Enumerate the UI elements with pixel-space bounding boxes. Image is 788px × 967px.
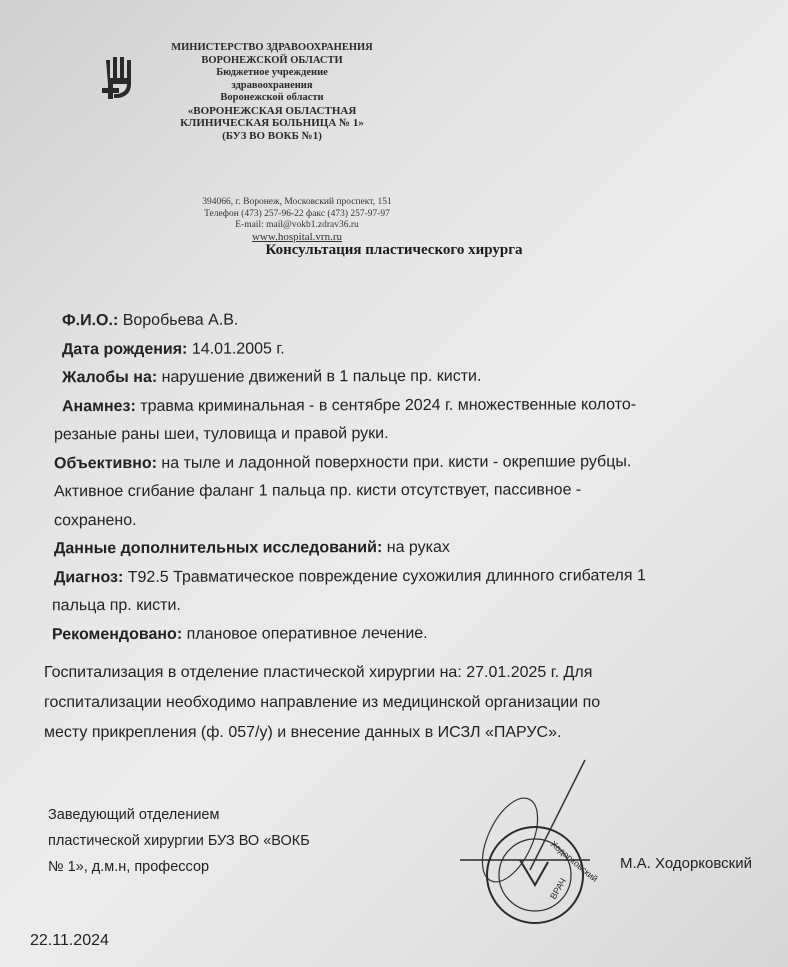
letterhead-line: здравоохранения xyxy=(152,80,392,93)
email: E-mail: mail@vokb1.zdrav36.ru xyxy=(182,220,412,232)
letterhead-text: МИНИСТЕРСТВО ЗДРАВООХРАНЕНИЯ ВОРОНЕЖСКОЙ… xyxy=(152,42,392,142)
document-title: Консультация пластического хирурга xyxy=(0,242,788,259)
field-diagnosis-cont: пальца пр. кисти. xyxy=(52,590,762,621)
field-anamnesis-cont: резаные раны шеи, туловища и правой руки… xyxy=(54,419,762,450)
signature-stamp-icon: Ходорковский ВРАЧ xyxy=(440,750,610,930)
field-label: Дата рождения: xyxy=(62,340,187,357)
document-date: 22.11.2024 xyxy=(30,932,109,950)
field-label: Жалобы на: xyxy=(62,369,157,386)
letterhead-line: КЛИНИЧЕСКАЯ БОЛЬНИЦА № 1» xyxy=(152,117,392,130)
hospital-logo-icon xyxy=(100,54,140,104)
letterhead-line: «ВОРОНЕЖСКАЯ ОБЛАСТНАЯ xyxy=(152,105,392,118)
field-label: Ф.И.О.: xyxy=(62,312,118,329)
hospitalization-line: месту прикрепления (ф. 057/у) и внесение… xyxy=(44,718,764,748)
svg-text:ВРАЧ: ВРАЧ xyxy=(548,876,568,901)
field-additional: Данные дополнительных исследований: на р… xyxy=(54,533,762,564)
position-line: пластической хирургии БУЗ ВО «ВОКБ xyxy=(48,828,378,854)
field-objective-cont: Активное сгибание фаланг 1 пальца пр. ки… xyxy=(54,476,762,507)
signatory-position: Заведующий отделением пластической хирур… xyxy=(48,802,378,880)
letterhead-line: (БУЗ ВО ВОКБ №1) xyxy=(152,130,392,143)
field-value: на тыле и ладонной поверхности при. кист… xyxy=(157,453,631,472)
field-complaints: Жалобы на: нарушение движений в 1 пальце… xyxy=(62,362,762,393)
field-recommended: Рекомендовано: плановое оперативное лече… xyxy=(52,618,762,649)
field-label: Диагноз: xyxy=(54,569,123,586)
field-value: нарушение движений в 1 пальце пр. кисти. xyxy=(157,368,481,386)
field-label: Анамнез: xyxy=(62,397,136,414)
hospitalization-line: госпитализации необходимо направление из… xyxy=(44,688,764,718)
field-value: плановое оперативное лечение. xyxy=(182,624,427,642)
field-anamnesis: Анамнез: травма криминальная - в сентябр… xyxy=(62,390,762,421)
field-value: 14.01.2005 г. xyxy=(187,340,284,357)
field-objective: Объективно: на тыле и ладонной поверхнос… xyxy=(54,447,762,478)
phones: Телефон (473) 257-96-22 факс (473) 257-9… xyxy=(182,209,412,221)
letterhead-line: Бюджетное учреждение xyxy=(152,67,392,80)
consultation-body: Ф.И.О.: Воробьева А.В. Дата рождения: 14… xyxy=(62,305,762,649)
hospitalization-note: Госпитализация в отделение пластической … xyxy=(44,658,764,748)
field-value: Воробьева А.В. xyxy=(118,312,238,329)
letterhead-line: Воронежской области xyxy=(152,92,392,105)
field-label: Данные дополнительных исследований: xyxy=(54,539,382,557)
hospitalization-line: Госпитализация в отделение пластической … xyxy=(44,658,764,688)
signatory-name: М.А. Ходорковский xyxy=(620,855,752,872)
letterhead-line: МИНИСТЕРСТВО ЗДРАВООХРАНЕНИЯ xyxy=(152,42,392,55)
position-line: № 1», д.м.н, профессор xyxy=(48,854,378,880)
field-value: T92.5 Травматическое повреждение сухожил… xyxy=(123,567,646,586)
field-dob: Дата рождения: 14.01.2005 г. xyxy=(62,333,762,364)
field-value: травма криминальная - в сентябре 2024 г.… xyxy=(136,396,636,415)
field-fio: Ф.И.О.: Воробьева А.В. xyxy=(62,305,762,336)
field-value: на руках xyxy=(382,539,450,556)
letterhead-contacts: 394066, г. Воронеж, Московский проспект,… xyxy=(182,197,412,243)
field-diagnosis: Диагноз: T92.5 Травматическое повреждени… xyxy=(54,561,762,592)
letterhead-line: ВОРОНЕЖСКОЙ ОБЛАСТИ xyxy=(152,55,392,68)
position-line: Заведующий отделением xyxy=(48,802,378,828)
field-label: Рекомендовано: xyxy=(52,625,182,642)
address: 394066, г. Воронеж, Московский проспект,… xyxy=(182,197,412,209)
field-objective-cont2: сохранено. xyxy=(54,504,762,535)
field-label: Объективно: xyxy=(54,454,157,471)
